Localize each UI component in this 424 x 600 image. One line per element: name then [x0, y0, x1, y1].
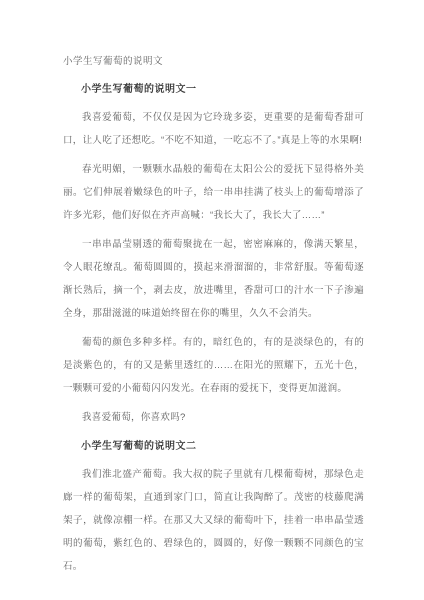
paragraph: 我喜爱葡萄，你喜欢吗?	[63, 406, 364, 429]
document-page: 小学生写葡萄的说明文 小学生写葡萄的说明文一 我喜爱葡萄，不仅仅是因为它玲珑多姿…	[0, 0, 424, 600]
paragraph: 我们淮北盛产葡萄。我大叔的院子里就有几棵葡萄树，那绿色走廊一样的葡萄架，直通到家…	[63, 463, 364, 578]
paragraph: 一串串晶莹剔透的葡萄聚拢在一起，密密麻麻的，像满天繁星，令人眼花缭乱。葡萄圆圆的…	[63, 233, 364, 325]
document-title: 小学生写葡萄的说明文	[63, 50, 364, 73]
paragraph: 葡萄的颜色多种多样。有的，暗红色的，有的是淡绿色的，有的是淡紫色的，有的又是紫里…	[63, 331, 364, 400]
section-heading-2: 小学生写葡萄的说明文二	[63, 435, 364, 458]
paragraph: 我喜爱葡萄，不仅仅是因为它玲珑多姿，更重要的是葡萄香甜可口，让人吃了还想吃。“不…	[63, 106, 364, 152]
section-heading-1: 小学生写葡萄的说明文一	[63, 78, 364, 101]
paragraph: 春光明媚，一颗颗水晶般的葡萄在太阳公公的爱抚下显得格外美丽。它们伸展着嫩绿色的叶…	[63, 158, 364, 227]
